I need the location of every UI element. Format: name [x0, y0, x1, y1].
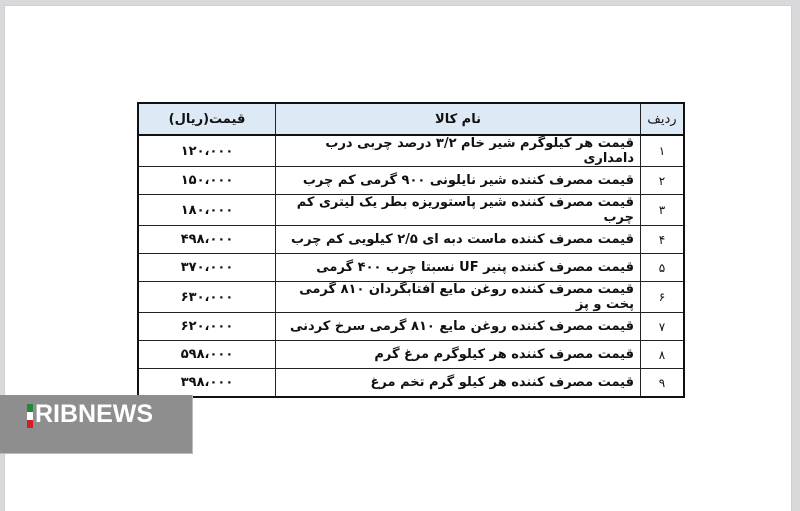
header-price: قیمت(ریال) — [138, 103, 276, 135]
product-name: قیمت مصرف کننده شیر نایلونی ۹۰۰ گرمی کم … — [276, 167, 641, 195]
table-row: ۶ قیمت مصرف کننده روغن مایع آفتابگردان ۸… — [138, 282, 684, 313]
product-price: ۱۲۰،۰۰۰ — [138, 135, 276, 167]
price-table: ردیف نام کالا قیمت(ریال) ۱ قیمت هر کیلوگ… — [137, 102, 685, 398]
header-index: ردیف — [641, 103, 685, 135]
table-row: ۷ قیمت مصرف کننده روغن مایع ۸۱۰ گرمی سرخ… — [138, 313, 684, 341]
row-index: ۴ — [641, 226, 685, 254]
product-name: قیمت مصرف کننده پنیر UF نسبتا چرب ۴۰۰ گر… — [276, 254, 641, 282]
table-row: ۸ قیمت مصرف کننده هر کیلوگرم مرغ گرم ۵۹۸… — [138, 341, 684, 369]
product-name: قیمت مصرف کننده هر کیلو گرم تخم مرغ — [276, 369, 641, 398]
product-name: قیمت مصرف کننده روغن مایع ۸۱۰ گرمی سرخ ک… — [276, 313, 641, 341]
row-index: ۶ — [641, 282, 685, 313]
product-price: ۳۷۰،۰۰۰ — [138, 254, 276, 282]
row-index: ۲ — [641, 167, 685, 195]
ribnews-watermark: RIBNEWS — [0, 395, 193, 454]
product-price: ۵۹۸،۰۰۰ — [138, 341, 276, 369]
product-name: قیمت مصرف کننده ماست دبه ای ۲/۵ کیلویی ک… — [276, 226, 641, 254]
header-name: نام کالا — [276, 103, 641, 135]
watermark-text: RIBNEWS — [35, 400, 153, 429]
row-index: ۸ — [641, 341, 685, 369]
product-name: قیمت مصرف کننده روغن مایع آفتابگردان ۸۱۰… — [276, 282, 641, 313]
iran-flag-icon — [27, 404, 33, 428]
product-name: قیمت مصرف کننده شیر پاستوریزه بطر یک لیت… — [276, 195, 641, 226]
product-price: ۱۸۰،۰۰۰ — [138, 195, 276, 226]
table-row: ۱ قیمت هر کیلوگرم شیر خام ۳/۲ درصد چربی … — [138, 135, 684, 167]
product-price: ۶۲۰،۰۰۰ — [138, 313, 276, 341]
product-price: ۴۹۸،۰۰۰ — [138, 226, 276, 254]
row-index: ۷ — [641, 313, 685, 341]
row-index: ۵ — [641, 254, 685, 282]
product-price: ۳۹۸،۰۰۰ — [138, 369, 276, 398]
row-index: ۳ — [641, 195, 685, 226]
row-index: ۱ — [641, 135, 685, 167]
product-name: قیمت مصرف کننده هر کیلوگرم مرغ گرم — [276, 341, 641, 369]
product-name: قیمت هر کیلوگرم شیر خام ۳/۲ درصد چربی در… — [276, 135, 641, 167]
table-row: ۲ قیمت مصرف کننده شیر نایلونی ۹۰۰ گرمی ک… — [138, 167, 684, 195]
row-index: ۹ — [641, 369, 685, 398]
table-header-row: ردیف نام کالا قیمت(ریال) — [138, 103, 684, 135]
table-row: ۵ قیمت مصرف کننده پنیر UF نسبتا چرب ۴۰۰ … — [138, 254, 684, 282]
product-price: ۶۳۰،۰۰۰ — [138, 282, 276, 313]
table-row: ۳ قیمت مصرف کننده شیر پاستوریزه بطر یک ل… — [138, 195, 684, 226]
product-price: ۱۵۰،۰۰۰ — [138, 167, 276, 195]
table-row: ۴ قیمت مصرف کننده ماست دبه ای ۲/۵ کیلویی… — [138, 226, 684, 254]
table-row: ۹ قیمت مصرف کننده هر کیلو گرم تخم مرغ ۳۹… — [138, 369, 684, 398]
